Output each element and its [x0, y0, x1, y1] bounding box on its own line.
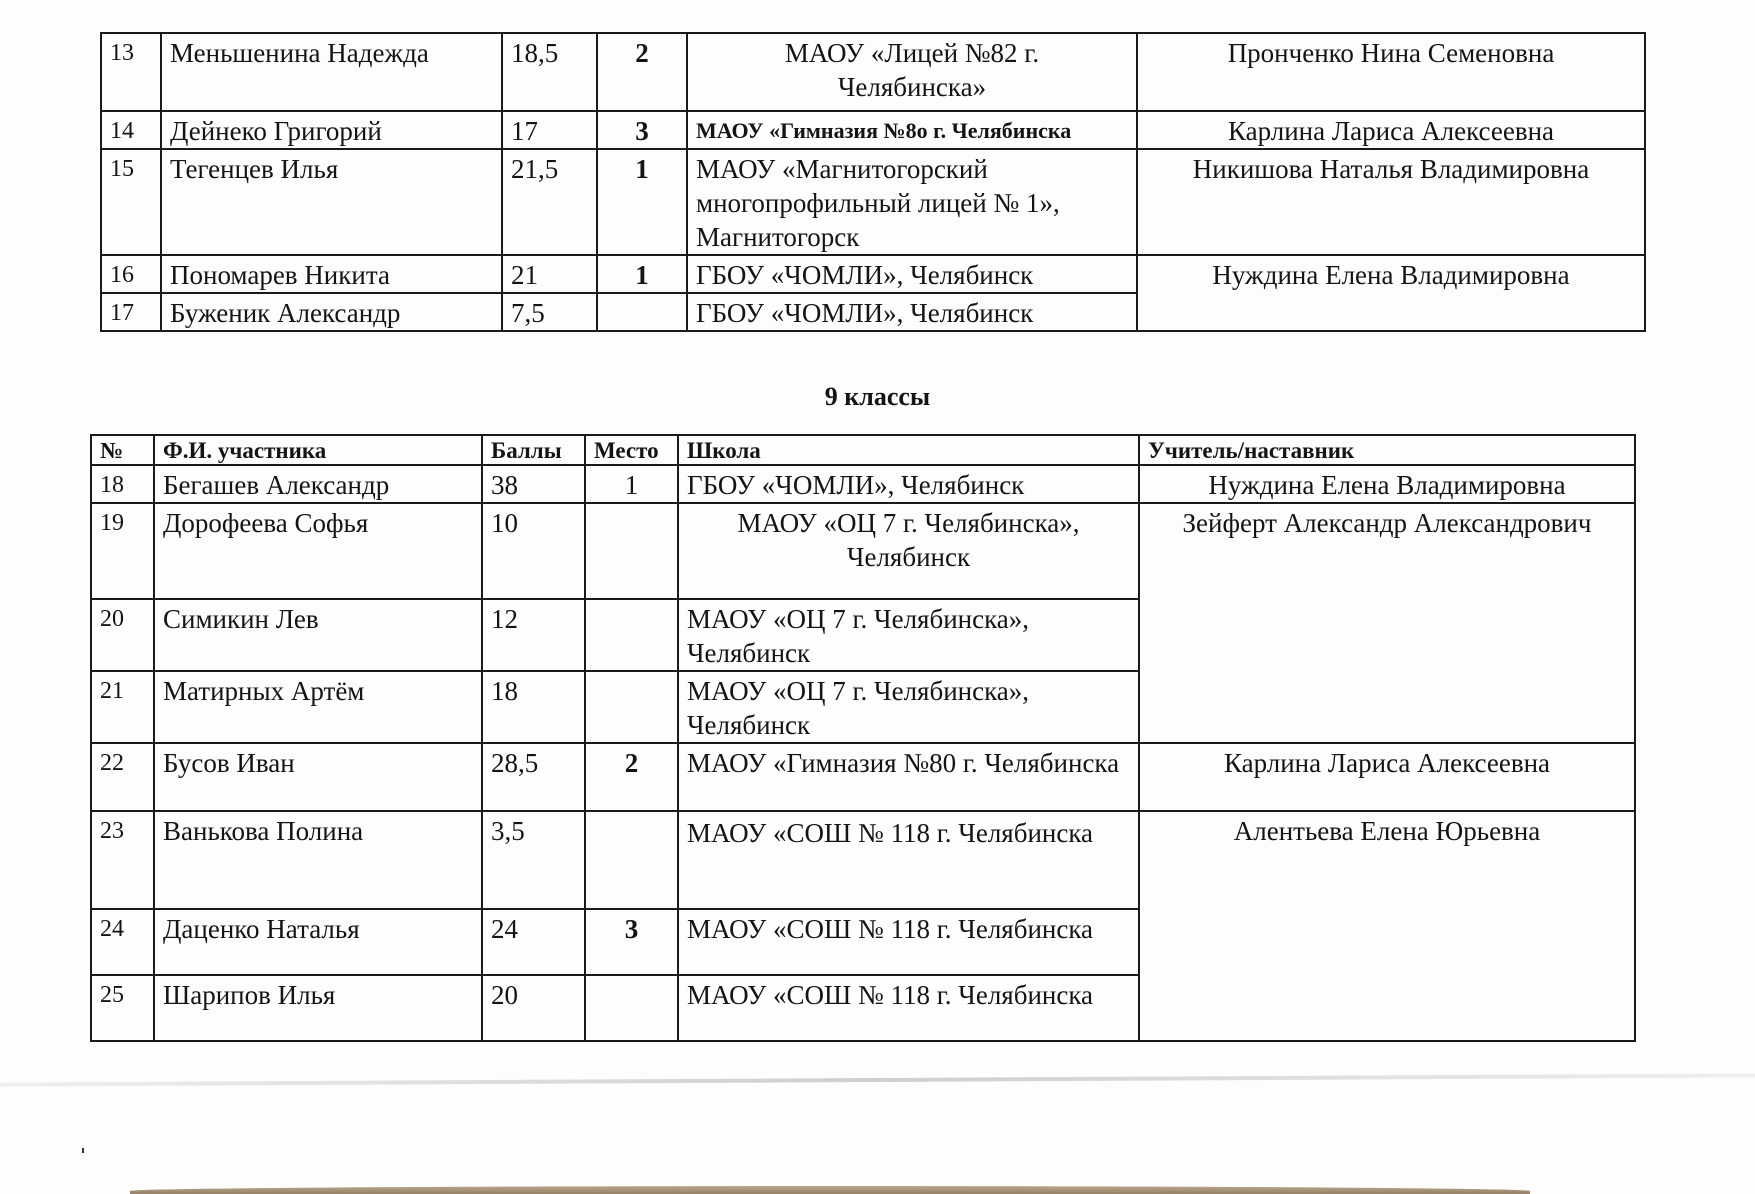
row-number: 13: [101, 33, 161, 111]
school: МАОУ «ОЦ 7 г. Челябинска», Челябинск: [678, 671, 1139, 743]
table-row: 15 Тегенцев Илья 21,5 1 МАОУ «Магнитогор…: [101, 149, 1645, 255]
table-row: 22 Бусов Иван 28,5 2 МАОУ «Гимназия №80 …: [91, 743, 1635, 811]
row-number: 16: [101, 255, 161, 293]
row-number: 18: [91, 465, 154, 503]
score: 10: [482, 503, 585, 599]
teacher: Нуждина Елена Владимировна: [1137, 255, 1645, 331]
participant-name: Тегенцев Илья: [161, 149, 502, 255]
place: 3: [585, 909, 678, 975]
table-row: 13 Меньшенина Надежда 18,5 2 МАОУ «Лицей…: [101, 33, 1645, 111]
teacher: Пронченко Нина Семеновна: [1137, 33, 1645, 111]
participant-name: Матирных Артём: [154, 671, 482, 743]
place: [597, 293, 687, 331]
school: ГБОУ «ЧОМЛИ», Челябинск: [678, 465, 1139, 503]
teacher: Карлина Лариса Алексеевна: [1139, 743, 1635, 811]
row-number: 20: [91, 599, 154, 671]
score: 28,5: [482, 743, 585, 811]
teacher: Алентьева Елена Юрьевна: [1139, 811, 1635, 1041]
score: 7,5: [502, 293, 597, 331]
page-edge-background: [130, 1186, 1530, 1194]
score: 20: [482, 975, 585, 1041]
header-teacher: Учитель/наставник: [1139, 435, 1635, 465]
school: МАОУ «Гимназия №80 г. Челябинска: [678, 743, 1139, 811]
participant-name: Бусов Иван: [154, 743, 482, 811]
teacher: Нуждина Елена Владимировна: [1139, 465, 1635, 503]
row-number: 22: [91, 743, 154, 811]
table-row: 16 Пономарев Никита 21 1 ГБОУ «ЧОМЛИ», Ч…: [101, 255, 1645, 293]
row-number: 14: [101, 111, 161, 149]
results-table-previous: 13 Меньшенина Надежда 18,5 2 МАОУ «Лицей…: [100, 32, 1646, 332]
place: [585, 671, 678, 743]
school: МАОУ «Магнитогорский многопрофильный лиц…: [687, 149, 1137, 255]
score: 3,5: [482, 811, 585, 909]
school: ГБОУ «ЧОМЛИ», Челябинск: [687, 293, 1137, 331]
score: 18,5: [502, 33, 597, 111]
participant-name: Ванькова Полина: [154, 811, 482, 909]
section-title: 9 классы: [0, 382, 1755, 412]
score: 17: [502, 111, 597, 149]
school: МАОУ «ОЦ 7 г. Челябинска», Челябинск: [678, 599, 1139, 671]
place: 3: [597, 111, 687, 149]
place: 1: [597, 255, 687, 293]
participant-name: Даценко Наталья: [154, 909, 482, 975]
participant-name: Меньшенина Надежда: [161, 33, 502, 111]
school: МАОУ «Лицей №82 г. Челябинска»: [687, 33, 1137, 111]
participant-name: Симикин Лев: [154, 599, 482, 671]
table-row: 18 Бегашев Александр 38 1 ГБОУ «ЧОМЛИ», …: [91, 465, 1635, 503]
participant-name: Буженик Александр: [161, 293, 502, 331]
school: МАОУ «ОЦ 7 г. Челябинска», Челябинск: [678, 503, 1139, 599]
header-school: Школа: [678, 435, 1139, 465]
row-number: 19: [91, 503, 154, 599]
row-number: 24: [91, 909, 154, 975]
school: ГБОУ «ЧОМЛИ», Челябинск: [687, 255, 1137, 293]
score: 38: [482, 465, 585, 503]
place: [585, 599, 678, 671]
table-row: 14 Дейнеко Григорий 17 3 МАОУ «Гимназия …: [101, 111, 1645, 149]
place: [585, 975, 678, 1041]
scan-artifact-line: [0, 1073, 1755, 1086]
participant-name: Дейнеко Григорий: [161, 111, 502, 149]
participant-name: Бегашев Александр: [154, 465, 482, 503]
teacher: Никишова Наталья Владимировна: [1137, 149, 1645, 255]
header-place: Место: [585, 435, 678, 465]
results-table-grade-9: № Ф.И. участника Баллы Место Школа Учите…: [90, 434, 1636, 1042]
teacher: Карлина Лариса Алексеевна: [1137, 111, 1645, 149]
place: 2: [597, 33, 687, 111]
score: 18: [482, 671, 585, 743]
participant-name: Пономарев Никита: [161, 255, 502, 293]
header-num: №: [91, 435, 154, 465]
place: [585, 503, 678, 599]
scan-speck: [82, 1148, 84, 1153]
row-number: 21: [91, 671, 154, 743]
score: 21: [502, 255, 597, 293]
score: 12: [482, 599, 585, 671]
score: 24: [482, 909, 585, 975]
row-number: 15: [101, 149, 161, 255]
row-number: 25: [91, 975, 154, 1041]
table-row: 23 Ванькова Полина 3,5 МАОУ «СОШ № 118 г…: [91, 811, 1635, 909]
row-number: 17: [101, 293, 161, 331]
school: МАОУ «СОШ № 118 г. Челябинска: [678, 909, 1139, 975]
place: 2: [585, 743, 678, 811]
header-score: Баллы: [482, 435, 585, 465]
participant-name: Шарипов Илья: [154, 975, 482, 1041]
table-header: № Ф.И. участника Баллы Место Школа Учите…: [91, 435, 1635, 465]
school: МАОУ «СОШ № 118 г. Челябинска: [678, 975, 1139, 1041]
header-name: Ф.И. участника: [154, 435, 482, 465]
participant-name: Дорофеева Софья: [154, 503, 482, 599]
place: 1: [597, 149, 687, 255]
place: 1: [585, 465, 678, 503]
teacher: Зейферт Александр Александрович: [1139, 503, 1635, 743]
place: [585, 811, 678, 909]
score: 21,5: [502, 149, 597, 255]
school: МАОУ «СОШ № 118 г. Челябинска: [678, 811, 1139, 909]
school: МАОУ «Гимназия №8о г. Челябинска: [687, 111, 1137, 149]
table-row: 19 Дорофеева Софья 10 МАОУ «ОЦ 7 г. Челя…: [91, 503, 1635, 599]
row-number: 23: [91, 811, 154, 909]
